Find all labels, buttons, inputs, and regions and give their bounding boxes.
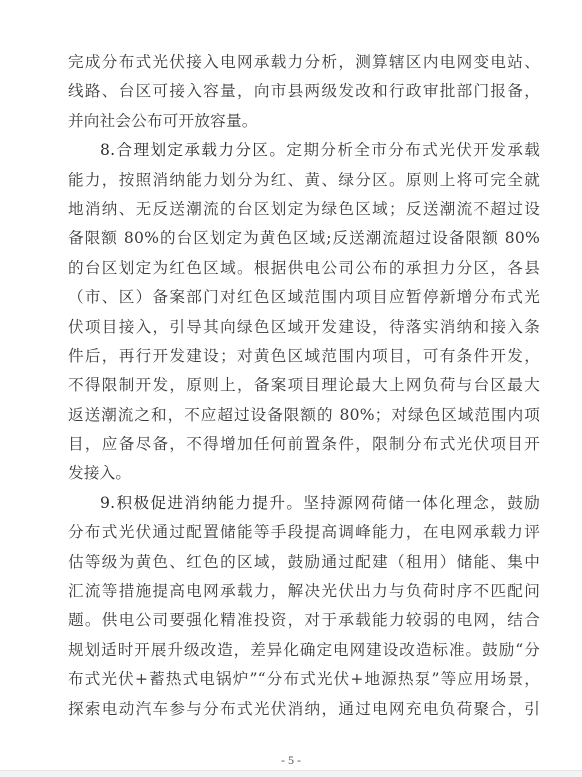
text-line: 不得限制开发，原则上，备案项目理论最大上网负荷与台区最大 [68, 371, 540, 400]
text-line: 题。供电公司要强化精准投资，对于承载能力较弱的电网，结合 [68, 606, 540, 635]
text-line: 布式光伏+蓄热式电锅炉”“分布式光伏+地源热泵”等应用场景， [68, 665, 540, 694]
text-line: 能力，按照消纳能力划分为红、黄、绿分区。原则上将可完全就 [68, 166, 540, 195]
text-line: （市、区）备案部门对红色区域范围内项目应暂停新增分布式光 [68, 283, 540, 312]
text-line: 发接入。 [68, 459, 540, 488]
text-line: 探索电动汽车参与分布式光伏消纳，通过电网充电负荷聚合，引 [68, 695, 540, 724]
document-body: 完成分布式光伏接入电网承载力分析，测算辖区内电网变电站、 线路、台区可接入容量，… [68, 48, 540, 724]
text-line: 备限额 80%的台区划定为黄色区域;反送潮流超过设备限额 80% [68, 224, 540, 253]
section-heading-9: 9.积极促进消纳能力提升。 [100, 494, 303, 512]
page-number: - 5 - [0, 753, 582, 768]
page-bottom-edge [0, 770, 582, 777]
text-line: 伏项目接入，引导其向绿色区域开发建设，待落实消纳和接入条 [68, 313, 540, 342]
section-heading-8: 8.合理划定承载力分区。 [100, 141, 286, 159]
document-page: 完成分布式光伏接入电网承载力分析，测算辖区内电网变电站、 线路、台区可接入容量，… [0, 0, 582, 770]
text-run: 坚持源网荷储一体化理念，鼓励 [303, 494, 540, 512]
text-line: 的台区划定为红色区域。根据供电公司公布的承担力分区，各县 [68, 254, 540, 283]
text-line: 并向社会公布可开放容量。 [68, 107, 540, 136]
text-line: 估等级为黄色、红色的区域，鼓励通过配建（租用）储能、集中 [68, 548, 540, 577]
paragraph-8-first-line: 8.合理划定承载力分区。定期分析全市分布式光伏开发承载 [68, 136, 540, 165]
text-line: 返送潮流之和，不应超过设备限额的 80%；对绿色区域范围内项 [68, 401, 540, 430]
text-line: 件后，再行开发建设；对黄色区域范围内项目，可有条件开发， [68, 342, 540, 371]
text-line: 汇流等措施提高电网承载力，解决光伏出力与负荷时序不匹配问 [68, 577, 540, 606]
text-line: 线路、台区可接入容量，向市县两级发改和行政审批部门报备， [68, 77, 540, 106]
text-run: 定期分析全市分布式光伏开发承载 [286, 141, 540, 159]
text-line: 分布式光伏通过配置储能等手段提高调峰能力，在电网承载力评 [68, 518, 540, 547]
paragraph-9-first-line: 9.积极促进消纳能力提升。坚持源网荷储一体化理念，鼓励 [68, 489, 540, 518]
text-line: 地消纳、无反送潮流的台区划定为绿色区域；反送潮流不超过设 [68, 195, 540, 224]
text-line: 完成分布式光伏接入电网承载力分析，测算辖区内电网变电站、 [68, 48, 540, 77]
text-line: 规划适时开展升级改造，差异化确定电网建设改造标准。鼓励“分 [68, 636, 540, 665]
text-line: 目，应备尽备，不得增加任何前置条件，限制分布式光伏项目开 [68, 430, 540, 459]
